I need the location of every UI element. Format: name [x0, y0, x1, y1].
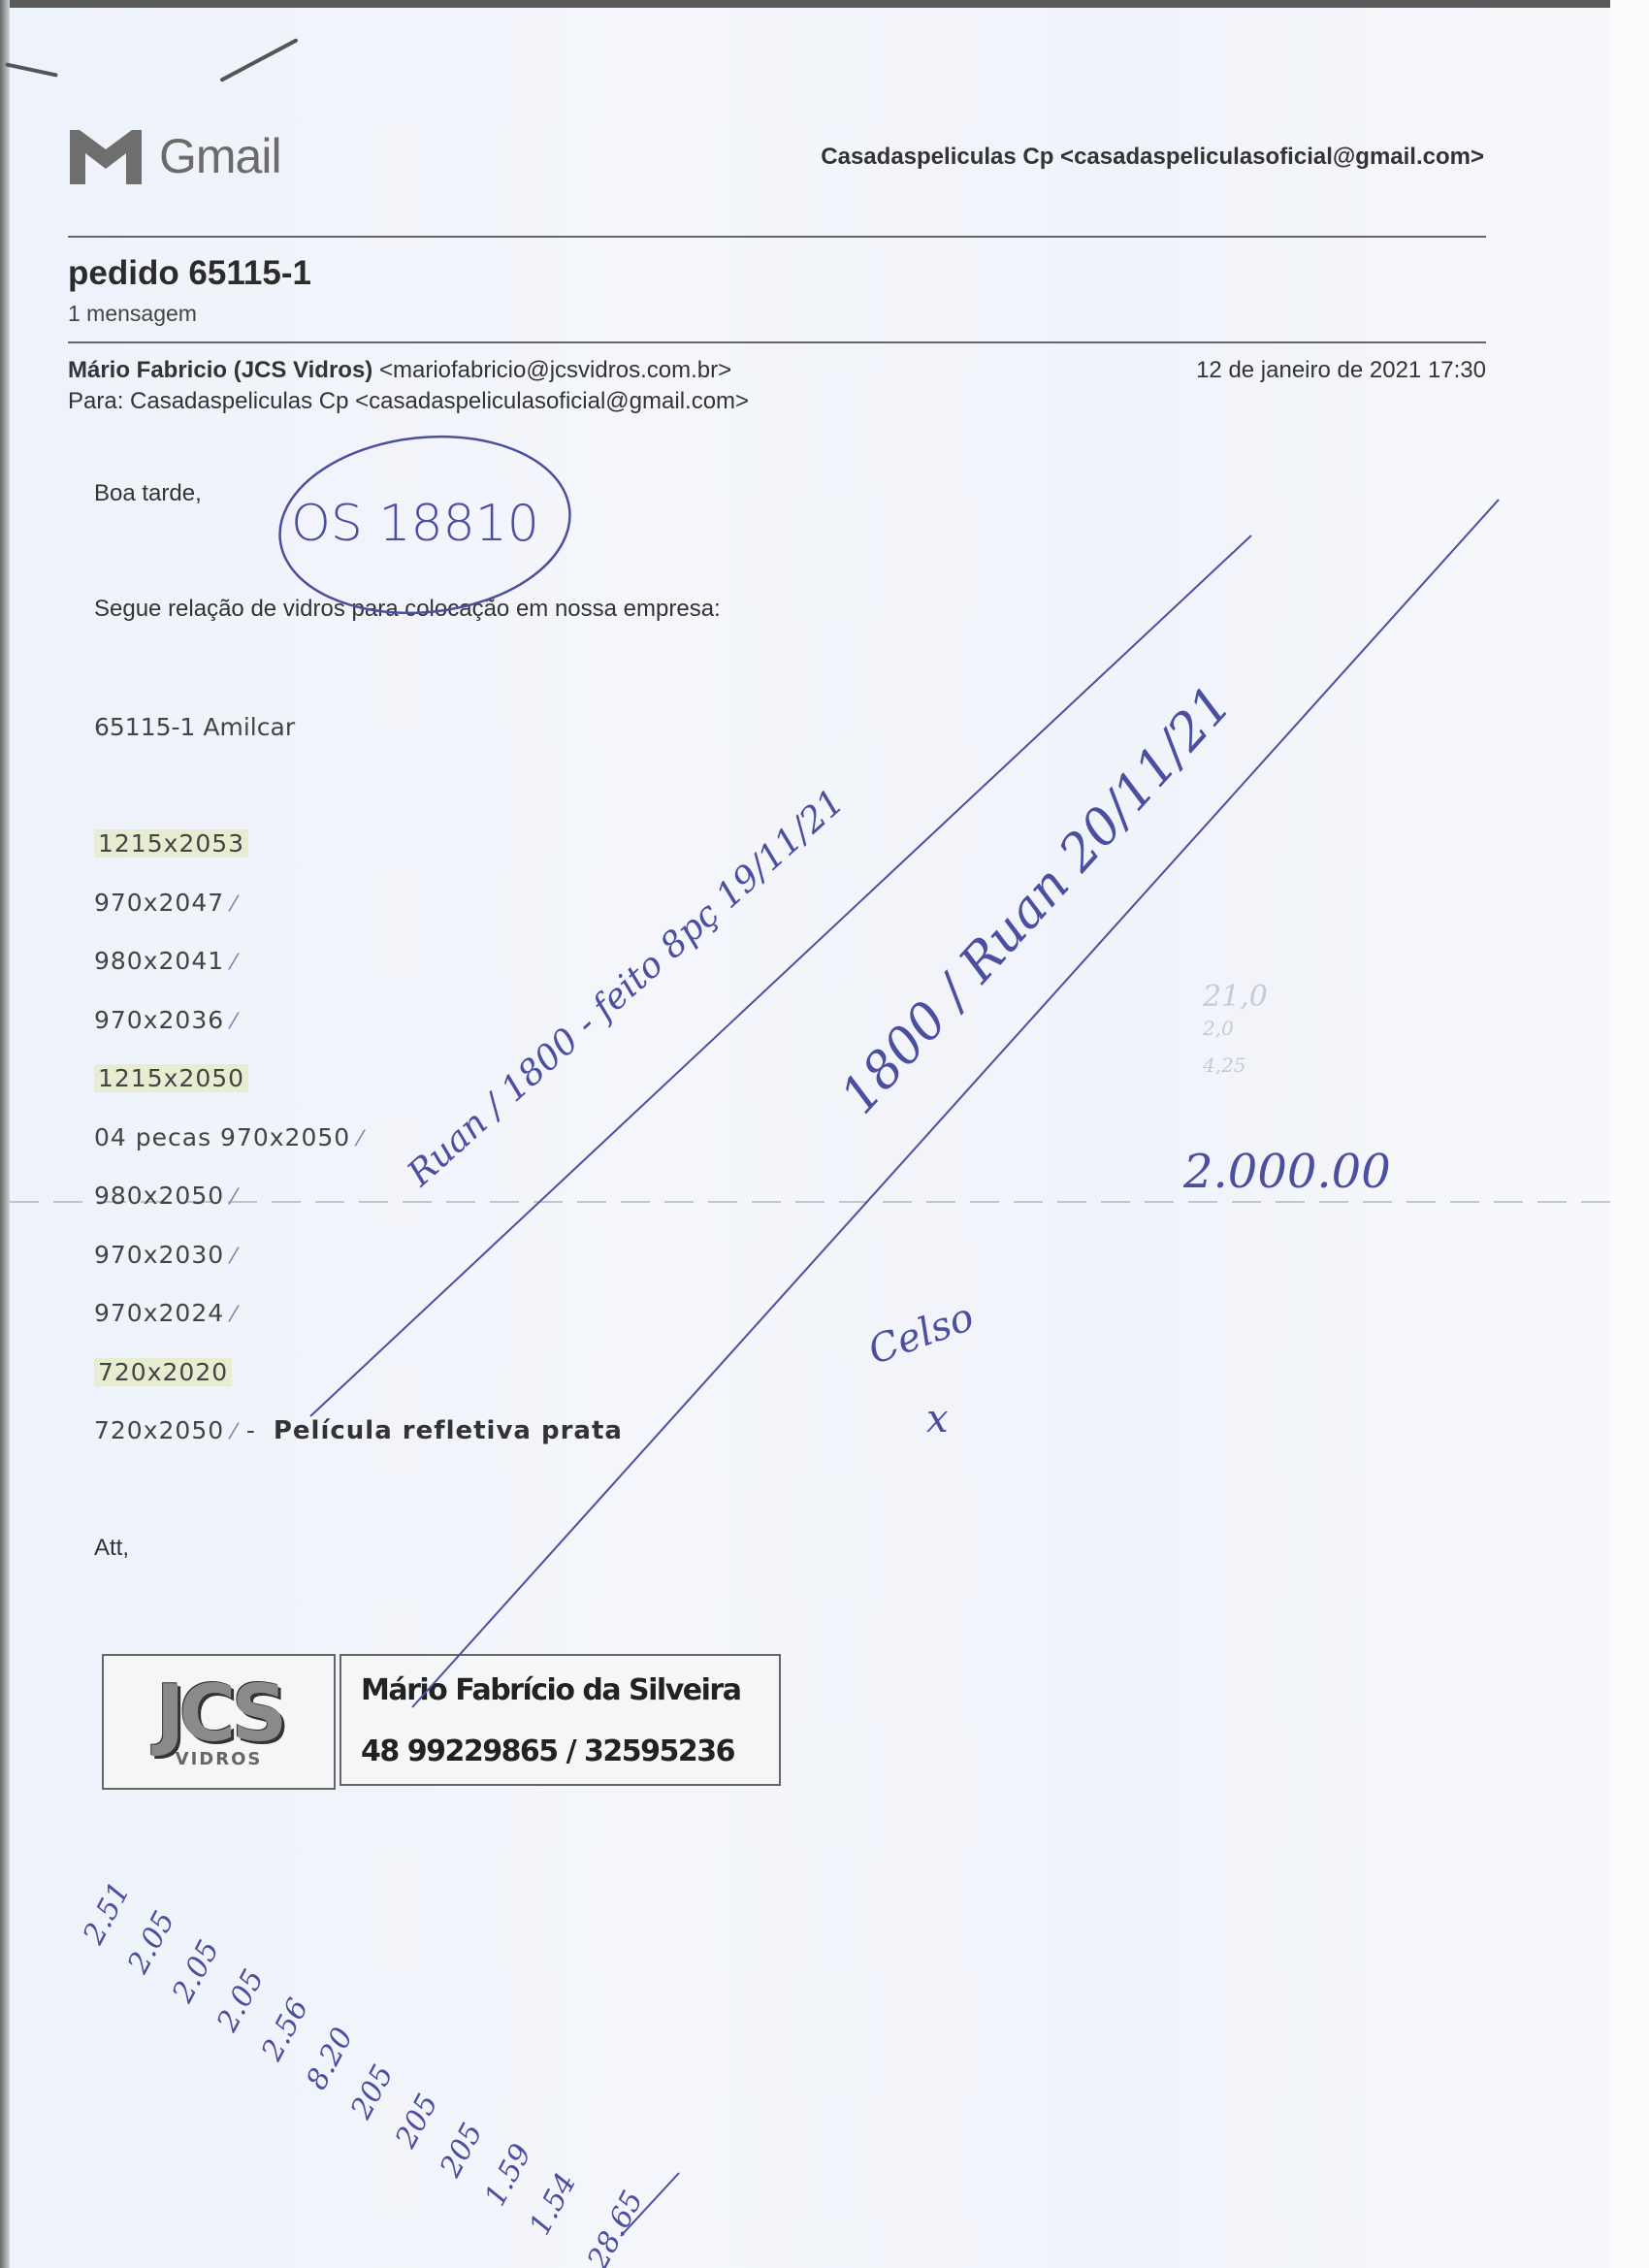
sender-name: Mário Fabricio (JCS Vidros) [68, 357, 372, 383]
check-mark-icon: ⁄ [232, 892, 237, 917]
item-dimensions: 980x2050 [94, 1182, 224, 1210]
order-reference: 65115-1 Amilcar [94, 713, 295, 741]
gmail-m-icon [68, 126, 144, 186]
handwritten-x-mark: x [926, 1397, 949, 1442]
item-dimensions: 720x2020 [94, 1358, 232, 1386]
item-dimensions: 1215x2050 [94, 1064, 248, 1092]
closing: Att, [94, 1535, 129, 1562]
faint-note: 21,0 [1203, 980, 1268, 1014]
gmail-wordmark: Gmail [159, 128, 281, 184]
item-dimensions: 970x2036 [94, 1006, 224, 1034]
item-dimensions: 970x2030 [94, 1241, 224, 1269]
intro-text: Segue relação de vidros para colocação e… [94, 596, 721, 623]
signature-info: Mário Fabrício da Silveira 48 99229865 /… [339, 1654, 781, 1786]
email-subject: pedido 65115-1 [68, 254, 311, 293]
glass-item: 970x2047⁄ [94, 889, 237, 917]
item-note: Película refletiva prata [274, 1416, 623, 1445]
greeting: Boa tarde, [94, 480, 202, 507]
item-dimensions: 1215x2053 [94, 829, 248, 858]
logo-subtext: VIDROS [176, 1749, 263, 1769]
divider [68, 341, 1486, 343]
signature-name: Mário Fabrício da Silveira [361, 1673, 779, 1707]
check-mark-icon: ⁄ [232, 1010, 237, 1034]
handwritten-total: 2.000.00 [1183, 1145, 1391, 1199]
check-mark-icon: ⁄ [232, 1420, 237, 1444]
divider [68, 236, 1486, 238]
check-mark-icon: ⁄ [232, 951, 237, 975]
company-logo: JCS VIDROS [102, 1654, 336, 1790]
recipient: Para: Casadaspeliculas Cp <casadaspelicu… [68, 388, 749, 415]
check-mark-icon: ⁄ [358, 1127, 363, 1151]
gmail-logo: Gmail [68, 126, 281, 186]
paper-fold-line [10, 1201, 1610, 1203]
faint-note: 2,0 [1203, 1017, 1234, 1040]
item-separator: - [246, 1416, 256, 1444]
item-dimensions: 04 pecas 970x2050 [94, 1123, 350, 1151]
glass-item: 970x2030⁄ [94, 1241, 237, 1269]
check-mark-icon: ⁄ [232, 1185, 237, 1210]
sender-email: <mariofabricio@jcsvidros.com.br> [379, 357, 731, 383]
glass-item: 04 pecas 970x2050⁄ [94, 1123, 363, 1151]
email-signature: JCS VIDROS Mário Fabrício da Silveira 48… [102, 1654, 781, 1790]
glass-item: 1215x2050 [94, 1064, 248, 1092]
item-dimensions: 720x2050 [94, 1416, 224, 1444]
logo-letters: JCS [156, 1675, 282, 1753]
glass-item: 720x2050⁄-Película refletiva prata [94, 1416, 623, 1445]
glass-item: 1215x2053 [94, 829, 248, 858]
sent-date: 12 de janeiro de 2021 17:30 [1196, 357, 1486, 384]
item-dimensions: 970x2047 [94, 889, 224, 917]
scan-right-margin [1610, 0, 1649, 2268]
glass-item: 720x2020 [94, 1358, 232, 1386]
account-email: Casadaspeliculas Cp <casadaspeliculasofi… [821, 144, 1484, 171]
check-mark-icon: ⁄ [232, 1245, 237, 1269]
handwritten-os-number: OS 18810 [291, 495, 539, 553]
glass-item: 980x2041⁄ [94, 947, 237, 975]
signature-phone: 48 99229865 / 32595236 [361, 1734, 779, 1768]
glass-item: 970x2036⁄ [94, 1006, 237, 1034]
glass-item: 980x2050⁄ [94, 1182, 237, 1210]
scan-top-edge [0, 0, 1649, 8]
sender: Mário Fabricio (JCS Vidros) <mariofabric… [68, 357, 731, 384]
check-mark-icon: ⁄ [232, 1303, 237, 1327]
message-count: 1 mensagem [68, 301, 197, 327]
item-dimensions: 980x2041 [94, 947, 224, 975]
item-dimensions: 970x2024 [94, 1299, 224, 1327]
scan-left-edge [0, 0, 10, 2268]
faint-note: 4,25 [1203, 1053, 1246, 1077]
glass-item: 970x2024⁄ [94, 1299, 237, 1327]
